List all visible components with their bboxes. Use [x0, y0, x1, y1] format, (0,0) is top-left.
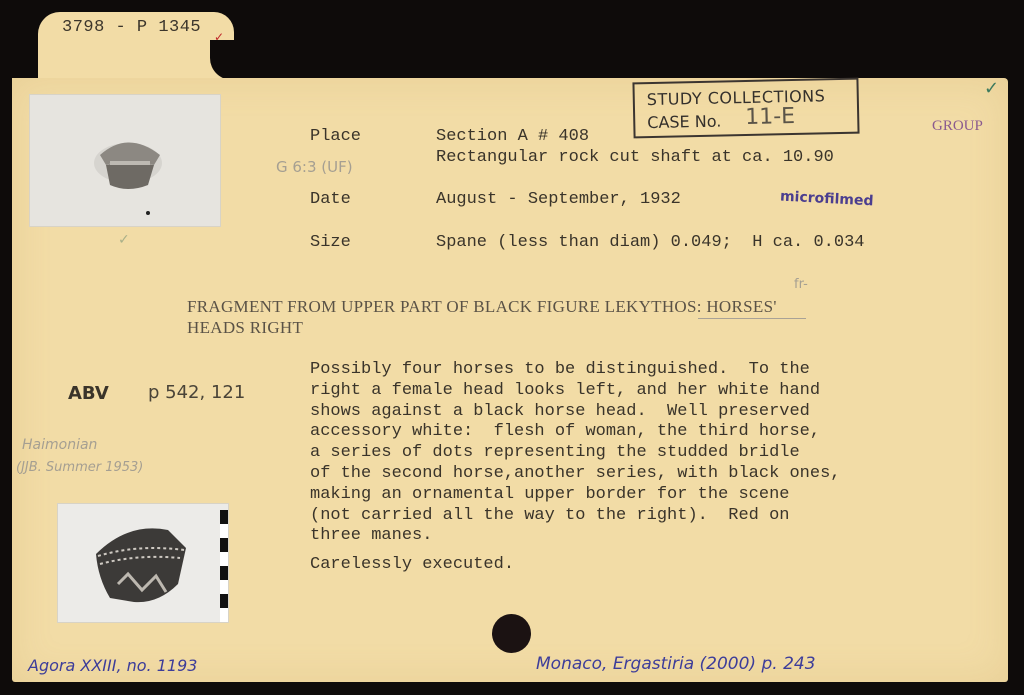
field-value-date: August - September, 1932: [436, 190, 681, 209]
abv-label: ABV: [68, 383, 109, 404]
punch-hole: [492, 614, 531, 653]
measurement-scale: [220, 510, 228, 622]
study-collections-stamp: STUDY COLLECTIONS CASE No. 11-E: [632, 78, 859, 139]
object-description: Possibly four horses to be distinguished…: [310, 360, 841, 547]
field-value-place-detail: Rectangular rock cut shaft at ca. 10.90: [436, 148, 834, 167]
field-value-place: Section A # 408: [436, 127, 589, 146]
attribution-note: Haimonian: [22, 437, 97, 453]
field-label-place: Place: [310, 127, 361, 146]
sherd-image-icon: [30, 95, 220, 226]
field-label-size: Size: [310, 233, 351, 252]
stamp-case-label: CASE No.: [647, 112, 721, 133]
green-check-icon: ✓: [984, 78, 999, 99]
title-line-1: FRAGMENT FROM UPPER PART OF BLACK FIGURE…: [187, 296, 777, 317]
description-conclusion: Carelessly executed.: [310, 555, 514, 574]
abv-reference: p 542, 121: [148, 382, 245, 403]
photo-check-icon: ✓: [118, 232, 130, 248]
bottom-left-reference: Agora XXIII, no. 1193: [28, 656, 197, 675]
field-value-size: Spane (less than diam) 0.049; H ca. 0.03…: [436, 233, 864, 252]
stamp-case-value: 11-E: [745, 104, 795, 130]
pencil-grid-note: G 6:3 (UF): [276, 158, 353, 176]
field-label-date: Date: [310, 190, 351, 209]
sherd-detail-image-icon: [58, 504, 218, 622]
red-check-icon: ✓: [214, 30, 224, 44]
catalog-number: 3798 - P 1345: [62, 18, 201, 37]
pencil-underline: [698, 318, 806, 319]
title-line-2: HEADS RIGHT: [187, 317, 777, 338]
bottom-center-reference: Monaco, Ergastiria (2000) p. 243: [536, 654, 816, 674]
attribution-source: (JJB. Summer 1953): [16, 460, 143, 475]
group-label: GROUP: [932, 118, 983, 135]
tab-notch: [210, 40, 252, 80]
object-photo-bottom: [58, 504, 228, 622]
object-photo-top: [30, 95, 220, 226]
stamp-title: STUDY COLLECTIONS: [647, 86, 826, 109]
object-title: FRAGMENT FROM UPPER PART OF BLACK FIGURE…: [187, 296, 777, 338]
pencil-title-annotation: fr-: [794, 277, 808, 292]
